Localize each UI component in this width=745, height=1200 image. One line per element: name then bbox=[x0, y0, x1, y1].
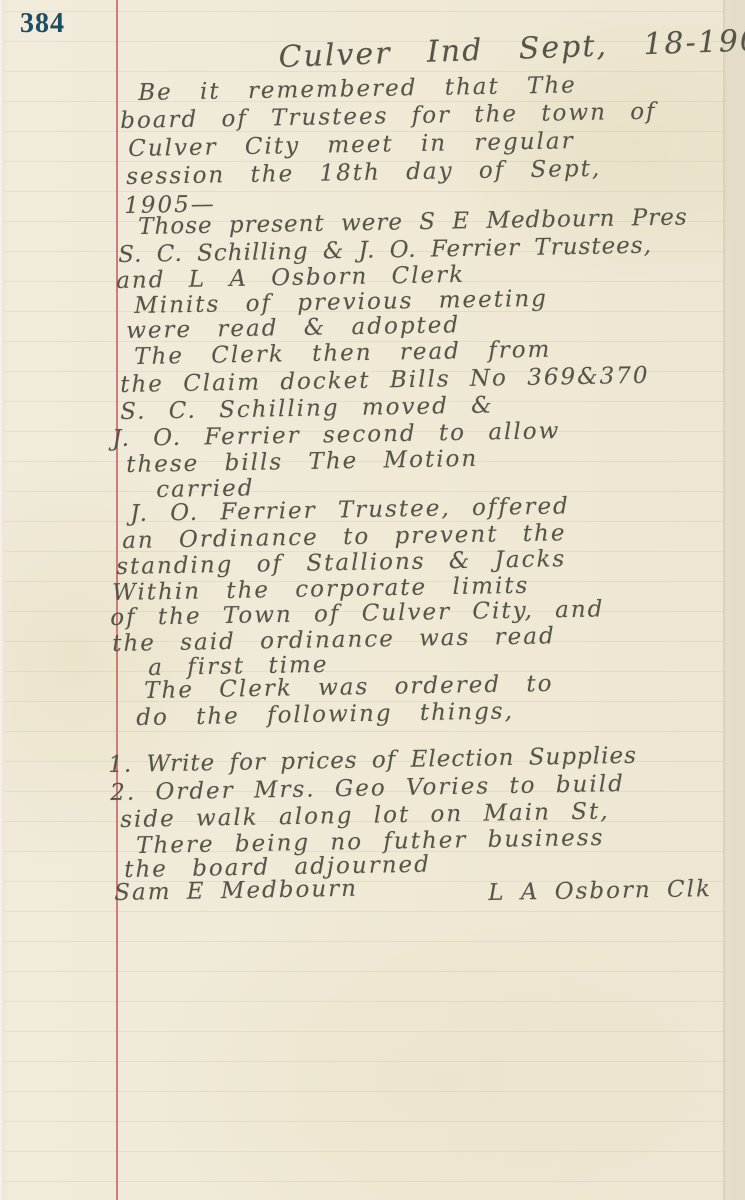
manuscript-line: do the following things, bbox=[136, 698, 514, 731]
ledger-page: 384 Culver Ind Sept, 18-1905Be it rememb… bbox=[0, 0, 745, 1200]
manuscript-line: these bills The Motion bbox=[126, 446, 478, 478]
manuscript-line: Sam E Medbourn bbox=[114, 876, 358, 906]
manuscript-line: L A Osborn Clk bbox=[488, 876, 712, 906]
manuscript-line: Culver Ind Sept, 18-1905 bbox=[278, 22, 745, 75]
manuscript: Culver Ind Sept, 18-1905Be it remembered… bbox=[0, 0, 745, 1200]
manuscript-line: session the 18th day of Sept, bbox=[126, 156, 601, 190]
